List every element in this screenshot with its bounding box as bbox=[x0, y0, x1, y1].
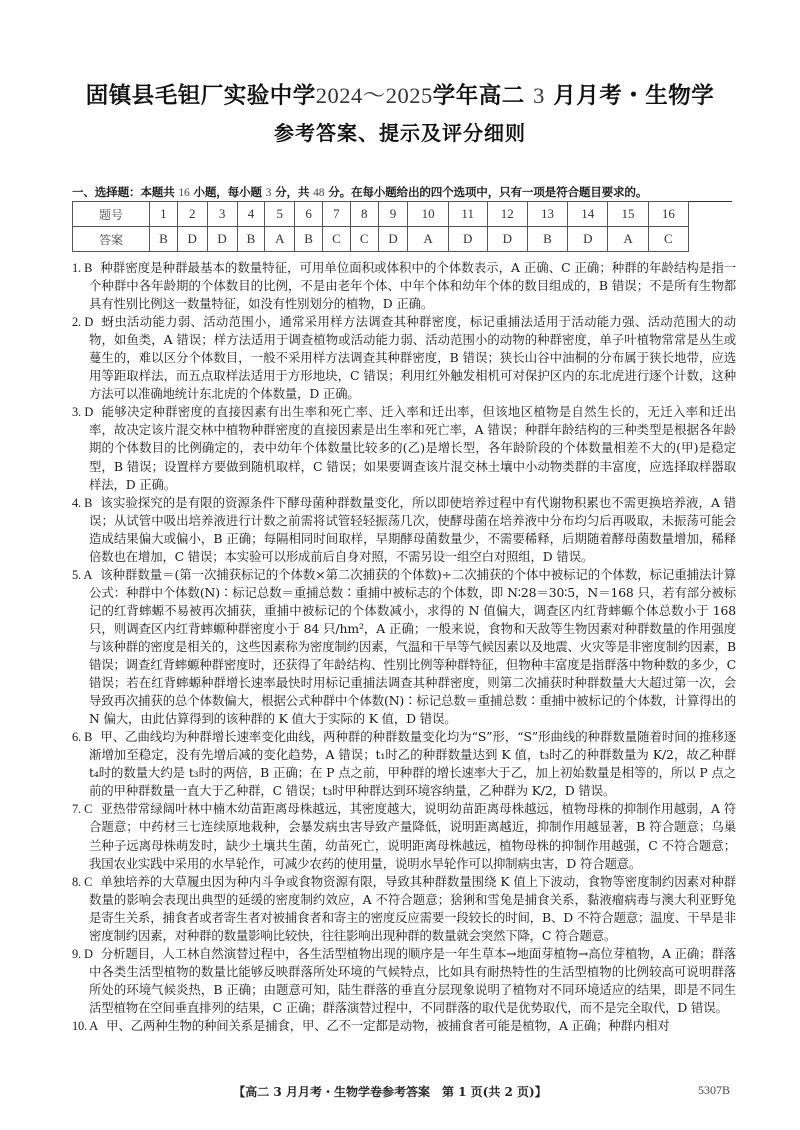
answer-cell: C bbox=[350, 227, 378, 252]
answer-key: 10. A bbox=[72, 1019, 98, 1033]
question-number: 10 bbox=[408, 202, 448, 227]
question-number: 16 bbox=[648, 202, 688, 227]
explanation-text: 该种群数量＝(第一次捕获标记的个体数×第二次捕获的个体数)÷二次捕获的个体中被标… bbox=[89, 567, 736, 726]
question-number: 6 bbox=[295, 202, 323, 227]
explanation-10: 10. A甲、乙两种生物的种间关系是捕食，甲、乙不一定都是动物，被捕食者可能是植… bbox=[72, 1017, 736, 1035]
explanation-1: 1. B种群密度是种群最基本的数量特征，可用单位面积或体积中的个体数表示，A 正… bbox=[72, 259, 736, 313]
question-number-row: 题号 1 2 3 4 5 6 7 8 9 10 11 12 13 14 15 1… bbox=[73, 202, 689, 227]
question-number: 9 bbox=[378, 202, 408, 227]
question-number: 15 bbox=[608, 202, 648, 227]
answer-key: 2. D bbox=[72, 315, 93, 329]
document-title: 固镇县毛钽厂实验中学2024～2025学年高二 3 月月考・生物学 bbox=[0, 78, 800, 110]
answer-cell: D bbox=[568, 227, 608, 252]
row-label-answer: 答案 bbox=[73, 227, 150, 252]
title-years: 2024～2025 bbox=[316, 83, 433, 108]
section-prefix: 一、选择题：本题共 bbox=[72, 185, 175, 199]
section-mid2: 分，共 bbox=[275, 185, 309, 199]
explanation-text: 蚜虫活动能力弱、活动范围小，通常采用样方法调查其种群密度，标记重捕法适用于活动能… bbox=[89, 314, 736, 401]
answer-cell: D bbox=[207, 227, 237, 252]
points-total: 48 bbox=[313, 186, 324, 199]
question-number: 12 bbox=[487, 202, 527, 227]
explanation-4: 4. B该实验探究的是有限的资源条件下酵母菌种群数量变化，所以即使培养过程中有代… bbox=[72, 494, 736, 566]
answer-table: 题号 1 2 3 4 5 6 7 8 9 10 11 12 13 14 15 1… bbox=[72, 201, 689, 252]
explanation-text: 甲、乙两种生物的种间关系是捕食，甲、乙不一定都是动物，被捕食者可能是植物，A 正… bbox=[106, 1018, 669, 1033]
section-heading: 一、选择题：本题共 16 小题，每小题 3 分，共 48 分。在每小题给出的四个… bbox=[72, 184, 732, 202]
answer-key: 4. B bbox=[72, 496, 92, 510]
explanation-text: 单独培养的大草履虫因为种内斗争或食物资源有限，导致其种群数量围绕 K 值上下波动… bbox=[89, 874, 736, 943]
title-month: 3 bbox=[533, 83, 545, 108]
explanation-text: 该实验探究的是有限的资源条件下酵母菌种群数量变化，所以即使培养过程中有代谢物积累… bbox=[89, 495, 736, 564]
answer-cell: B bbox=[295, 227, 323, 252]
answer-cell: B bbox=[237, 227, 265, 252]
explanation-text: 甲、乙曲线均为种群增长速率变化曲线，两种群的种群数量变化均为“S”形，“S”形曲… bbox=[89, 729, 736, 798]
section-suffix: 分。在每小题给出的四个选项中，只有一项是符合题目要求的。 bbox=[328, 185, 647, 199]
question-number: 8 bbox=[350, 202, 378, 227]
explanation-2: 2. D蚜虫活动能力弱、活动范围小，通常采用样方法调查其种群密度，标记重捕法适用… bbox=[72, 313, 736, 403]
question-number: 4 bbox=[237, 202, 265, 227]
answer-key: 3. D bbox=[72, 405, 93, 419]
title-term: 学年高二 bbox=[433, 83, 525, 109]
explanation-3: 3. D能够决定种群密度的直接因素有出生率和死亡率、迁入率和迁出率，但该地区植物… bbox=[72, 403, 736, 493]
answer-key: 9. D bbox=[72, 947, 93, 961]
question-number: 5 bbox=[265, 202, 295, 227]
answer-cell: C bbox=[323, 227, 351, 252]
explanation-7: 7. C亚热带常绿阔叶林中楠木幼苗距离母株越远，其密度越大，说明幼苗距离母株越远… bbox=[72, 800, 736, 872]
question-number: 11 bbox=[448, 202, 487, 227]
explanation-text: 分析题目，人工林自然演替过程中，各生活型植物出现的顺序是一年生草本→地面芽植物→… bbox=[89, 946, 736, 1015]
question-number: 1 bbox=[150, 202, 178, 227]
title-school: 固镇县毛钽厂实验中学 bbox=[86, 83, 316, 109]
question-number: 3 bbox=[207, 202, 237, 227]
footer-code: 5307B bbox=[698, 1083, 730, 1098]
document-subtitle: 参考答案、提示及评分细则 bbox=[0, 117, 800, 146]
answer-cell: A bbox=[608, 227, 648, 252]
row-label-number: 题号 bbox=[73, 202, 150, 227]
answer-key: 7. C bbox=[72, 802, 92, 816]
footer-page-info: 【高二 3 月月考・生物学卷参考答案 第 1 页(共 2 页)】 bbox=[180, 1083, 600, 1100]
answer-cell: D bbox=[177, 227, 207, 252]
answer-cell: D bbox=[487, 227, 527, 252]
question-number: 13 bbox=[527, 202, 567, 227]
answer-key: 1. B bbox=[72, 261, 92, 275]
answer-cell: A bbox=[408, 227, 448, 252]
explanation-text: 种群密度是种群最基本的数量特征，可用单位面积或体积中的个体数表示，A 正确、C … bbox=[89, 260, 736, 311]
explanation-text: 亚热带常绿阔叶林中楠木幼苗距离母株越远，其密度越大，说明幼苗距离母株越远，植物母… bbox=[89, 801, 736, 870]
explanation-6: 6. B甲、乙曲线均为种群增长速率变化曲线，两种群的种群数量变化均为“S”形，“… bbox=[72, 728, 736, 800]
answer-key: 5. A bbox=[72, 568, 92, 582]
explanation-8: 8. C单独培养的大草履虫因为种内斗争或食物资源有限，导致其种群数量围绕 K 值… bbox=[72, 873, 736, 945]
explanation-text: 能够决定种群密度的直接因素有出生率和死亡率、迁入率和迁出率，但该地区植物是自然生… bbox=[89, 404, 736, 491]
question-count: 16 bbox=[178, 186, 189, 199]
question-number: 7 bbox=[323, 202, 351, 227]
answer-cell: C bbox=[648, 227, 688, 252]
answer-cell: A bbox=[265, 227, 295, 252]
section-mid1: 小题，每小题 bbox=[193, 185, 261, 199]
explanations: 1. B种群密度是种群最基本的数量特征，可用单位面积或体积中的个体数表示，A 正… bbox=[72, 259, 736, 1035]
answer-cell: B bbox=[527, 227, 567, 252]
title-subject: 月月考・生物学 bbox=[553, 83, 714, 109]
points-each: 3 bbox=[266, 186, 272, 199]
explanation-9: 9. D分析题目，人工林自然演替过程中，各生活型植物出现的顺序是一年生草本→地面… bbox=[72, 945, 736, 1017]
answer-cell: D bbox=[448, 227, 487, 252]
question-number: 2 bbox=[177, 202, 207, 227]
answer-row: 答案 B D D B A B C C D A D D B D A C bbox=[73, 227, 689, 252]
answer-cell: D bbox=[378, 227, 408, 252]
answer-key: 6. B bbox=[72, 730, 92, 744]
answer-key: 8. C bbox=[72, 875, 92, 889]
question-number: 14 bbox=[568, 202, 608, 227]
explanation-5: 5. A该种群数量＝(第一次捕获标记的个体数×第二次捕获的个体数)÷二次捕获的个… bbox=[72, 566, 736, 728]
answer-cell: B bbox=[150, 227, 178, 252]
